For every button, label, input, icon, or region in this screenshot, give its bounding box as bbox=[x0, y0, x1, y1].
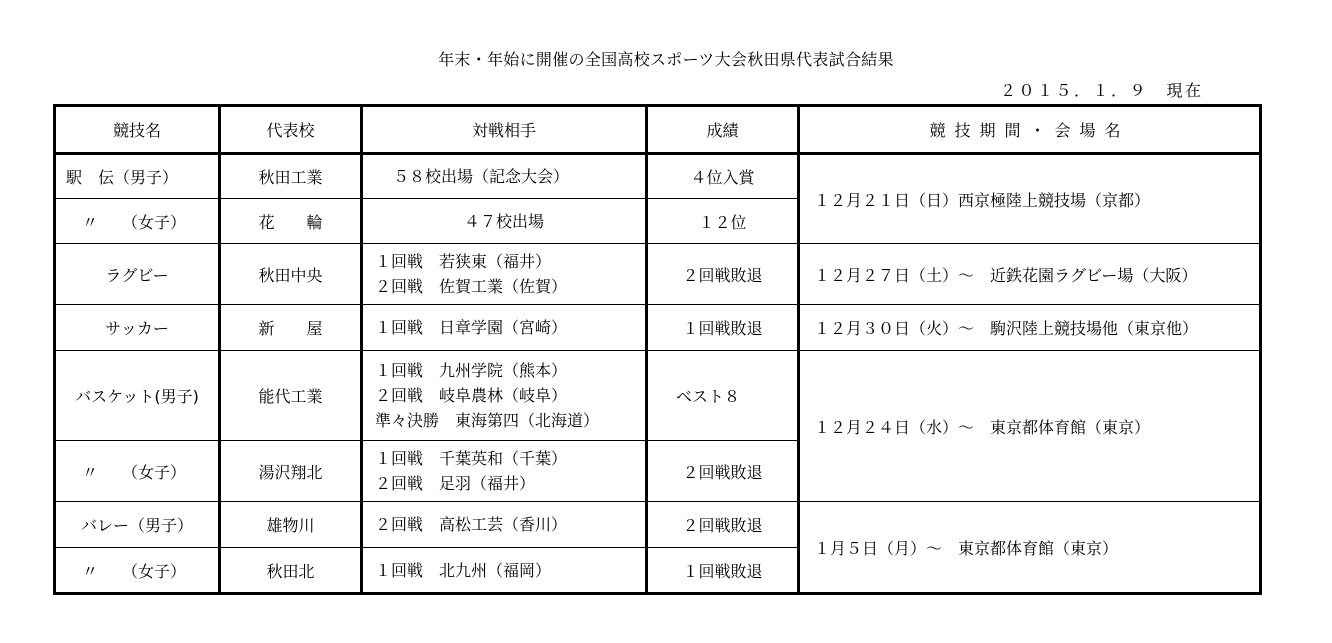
venue-cell: １２月２１日（日）西京極陸上競技場（京都） bbox=[799, 154, 1261, 244]
opponent-cell: １回戦 九州学院（熊本） ２回戦 岐阜農林（岐阜） 準々決勝 東海第四（北海道） bbox=[362, 351, 647, 441]
result-cell: ４位入賞 bbox=[647, 154, 799, 199]
venue-cell: １月５日（月）～ 東京都体育館（東京） bbox=[799, 502, 1261, 594]
opponent-line: ２回戦 岐阜農林（岐阜） bbox=[375, 383, 645, 408]
as-of-date: ２０１５．１．９ 現在 bbox=[1000, 78, 1204, 101]
header-row: 競技名 代表校 対戦相手 成績 競技期間・会場名 bbox=[55, 106, 1261, 154]
opponent-line: １回戦 九州学院（熊本） bbox=[375, 358, 645, 383]
result-cell: ２回戦敗退 bbox=[647, 244, 799, 305]
result-cell: １回戦敗退 bbox=[647, 305, 799, 351]
school-cell: 湯沢翔北 bbox=[220, 441, 362, 502]
opponent-cell: １回戦 千葉英和（千葉） ２回戦 足羽（福井） bbox=[362, 441, 647, 502]
school-cell: 秋田中央 bbox=[220, 244, 362, 305]
table-row: ラグビー 秋田中央 １回戦 若狭東（福井） ２回戦 佐賀工業（佐賀） ２回戦敗退… bbox=[55, 244, 1261, 305]
result-cell: ２回戦敗退 bbox=[647, 502, 799, 548]
table-row: 駅 伝（男子） 秋田工業 ５８校出場（記念大会） ４位入賞 １２月２１日（日）西… bbox=[55, 154, 1261, 199]
header-venue: 競技期間・会場名 bbox=[799, 106, 1261, 154]
table-row: バレー（男子） 雄物川 ２回戦 高松工芸（香川） ２回戦敗退 １月５日（月）～ … bbox=[55, 502, 1261, 548]
school-cell: 秋田北 bbox=[220, 548, 362, 594]
document-title: 年末・年始に開催の全国高校スポーツ大会秋田県代表試合結果 bbox=[0, 47, 1332, 70]
venue-cell: １２月２７日（土）～ 近鉄花園ラグビー場（大阪） bbox=[799, 244, 1261, 305]
opponent-line: ５８校出場（記念大会） bbox=[375, 164, 645, 189]
opponent-cell: １回戦 北九州（福岡） bbox=[362, 548, 647, 594]
opponent-line: １回戦 日章学園（宮崎） bbox=[375, 315, 645, 340]
result-cell: ２回戦敗退 bbox=[647, 441, 799, 502]
results-table: 競技名 代表校 対戦相手 成績 競技期間・会場名 駅 伝（男子） 秋田工業 ５８… bbox=[53, 104, 1262, 595]
result-cell: ベスト８ bbox=[647, 351, 799, 441]
sport-cell: ラグビー bbox=[55, 244, 220, 305]
opponent-line: ２回戦 高松工芸（香川） bbox=[375, 512, 645, 537]
opponent-line: ２回戦 佐賀工業（佐賀） bbox=[375, 274, 645, 299]
school-cell: 新 屋 bbox=[220, 305, 362, 351]
header-result: 成績 bbox=[647, 106, 799, 154]
opponent-line: 準々決勝 東海第四（北海道） bbox=[375, 408, 645, 433]
table-row: バスケット(男子) 能代工業 １回戦 九州学院（熊本） ２回戦 岐阜農林（岐阜）… bbox=[55, 351, 1261, 441]
result-cell: １２位 bbox=[647, 199, 799, 244]
opponent-line: １回戦 北九州（福岡） bbox=[375, 558, 645, 583]
sport-cell: 駅 伝（男子） bbox=[55, 154, 220, 199]
opponent-cell: ２回戦 高松工芸（香川） bbox=[362, 502, 647, 548]
opponent-cell: １回戦 若狭東（福井） ２回戦 佐賀工業（佐賀） bbox=[362, 244, 647, 305]
school-cell: 雄物川 bbox=[220, 502, 362, 548]
opponent-cell: ５８校出場（記念大会） bbox=[362, 154, 647, 199]
opponent-line: ４７校出場 bbox=[363, 209, 645, 234]
opponent-line: １回戦 千葉英和（千葉） bbox=[375, 446, 645, 471]
sport-cell: 〃 （女子） bbox=[55, 548, 220, 594]
header-opponent: 対戦相手 bbox=[362, 106, 647, 154]
table-row: サッカー 新 屋 １回戦 日章学園（宮崎） １回戦敗退 １２月３０日（火）～ 駒… bbox=[55, 305, 1261, 351]
result-cell: １回戦敗退 bbox=[647, 548, 799, 594]
venue-cell: １２月２４日（水）～ 東京都体育館（東京） bbox=[799, 351, 1261, 502]
sport-cell: 〃 （女子） bbox=[55, 199, 220, 244]
venue-cell: １２月３０日（火）～ 駒沢陸上競技場他（東京他） bbox=[799, 305, 1261, 351]
sport-cell: バスケット(男子) bbox=[55, 351, 220, 441]
opponent-cell: １回戦 日章学園（宮崎） bbox=[362, 305, 647, 351]
header-school: 代表校 bbox=[220, 106, 362, 154]
opponent-cell: ４７校出場 bbox=[362, 199, 647, 244]
opponent-line: ２回戦 足羽（福井） bbox=[375, 471, 645, 496]
sport-cell: サッカー bbox=[55, 305, 220, 351]
opponent-line: １回戦 若狭東（福井） bbox=[375, 249, 645, 274]
school-cell: 花 輪 bbox=[220, 199, 362, 244]
school-cell: 秋田工業 bbox=[220, 154, 362, 199]
sport-cell: 〃 （女子） bbox=[55, 441, 220, 502]
header-sport: 競技名 bbox=[55, 106, 220, 154]
sport-cell: バレー（男子） bbox=[55, 502, 220, 548]
school-cell: 能代工業 bbox=[220, 351, 362, 441]
